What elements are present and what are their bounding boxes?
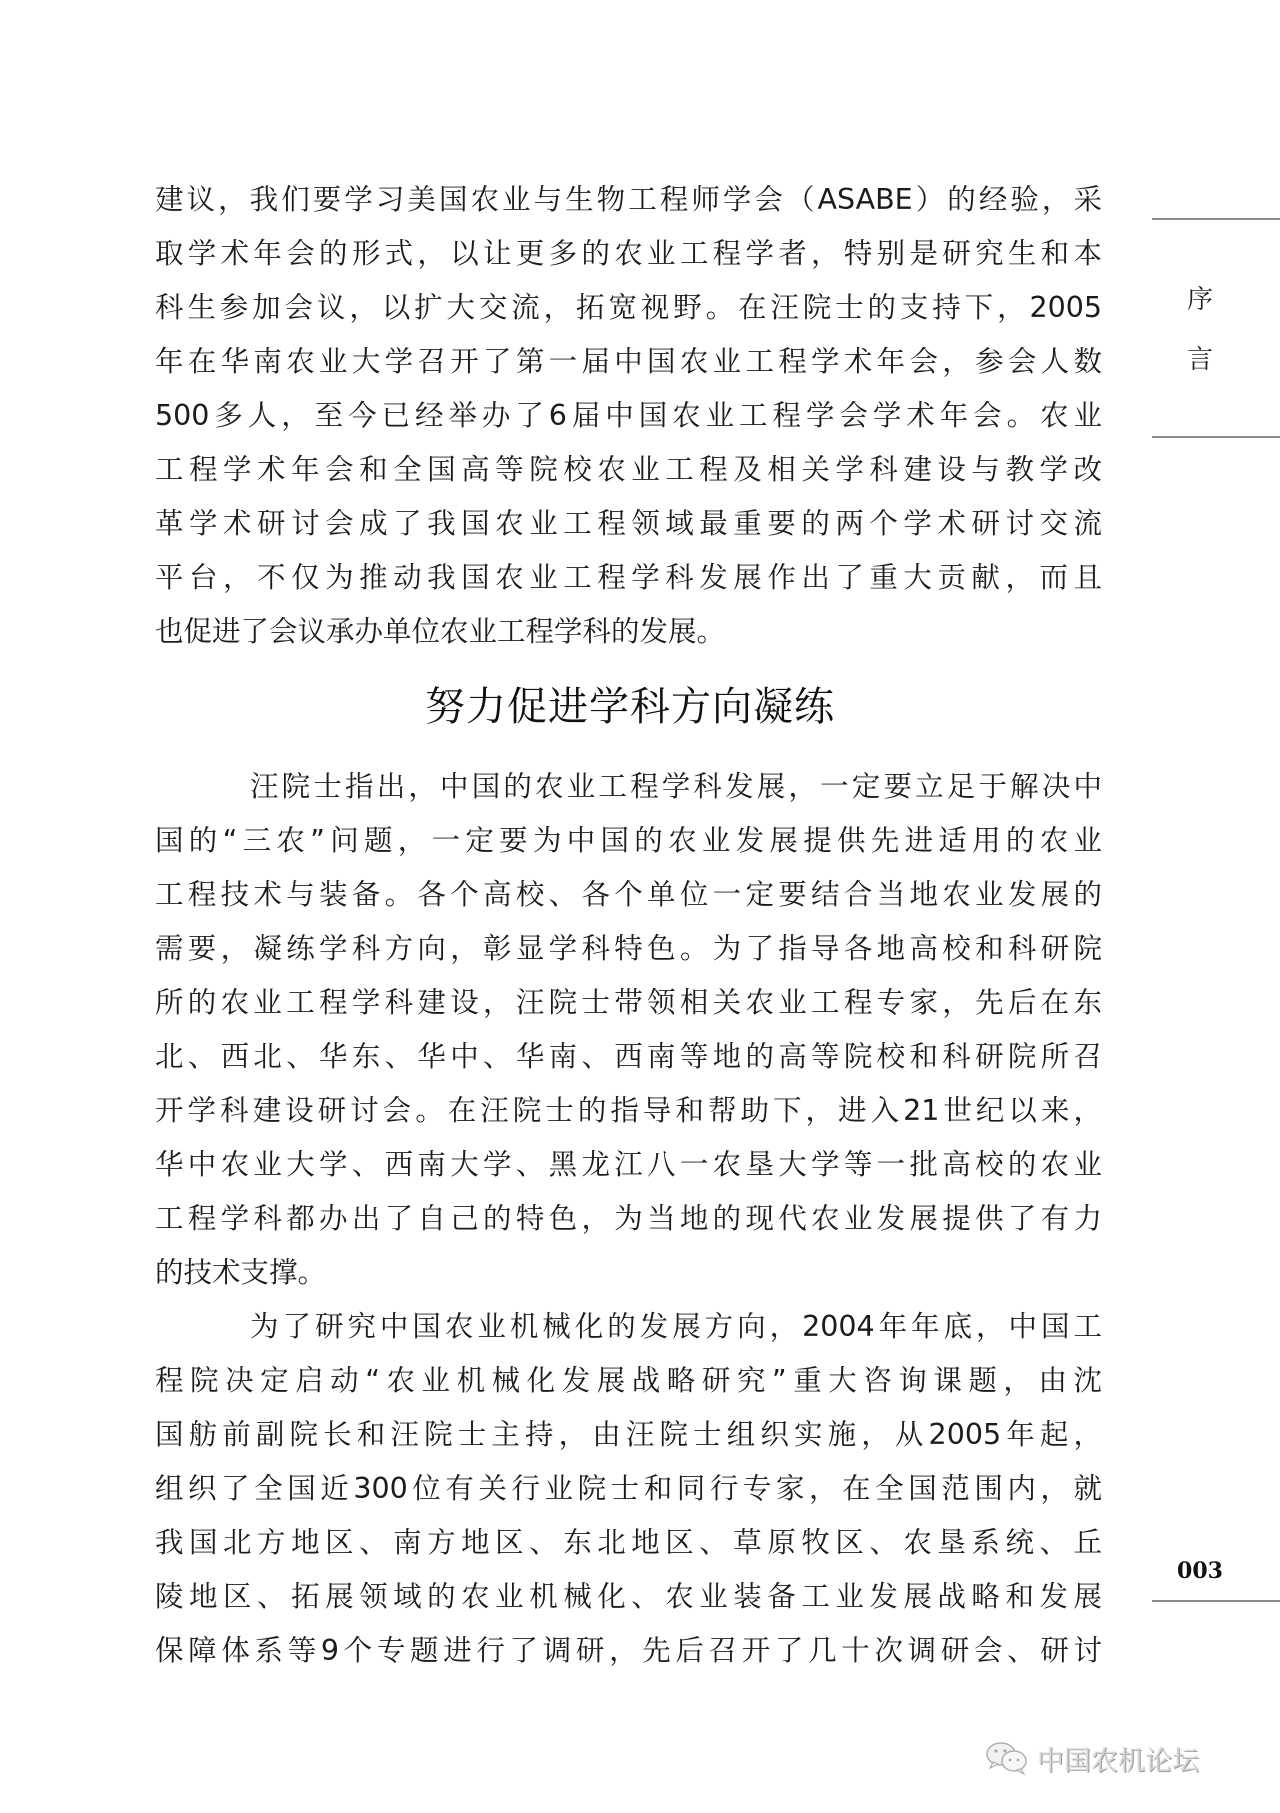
text-line: 所的农业工程学科建设，汪院士带领相关农业工程专家，先后在东 — [155, 983, 1102, 1023]
text-line: 为了研究中国农业机械化的发展方向，2004年年底，中国工 — [250, 1307, 1102, 1347]
text-line: 组织了全国近300位有关行业院士和同行专家，在全国范围内，就 — [155, 1469, 1102, 1509]
watermark: 中国农机论坛 — [985, 1738, 1199, 1778]
text-line: 的技术支撑。 — [155, 1253, 1102, 1293]
text-line: 建议，我们要学习美国农业与生物工程师学会（ASABE）的经验，采 — [155, 180, 1102, 220]
section-char-1: 序 — [1180, 284, 1220, 316]
text-line: 需要，凝练学科方向，彰显学科特色。为了指导各地高校和科研院 — [155, 929, 1102, 969]
text-line: 陵地区、拓展领域的农业机械化、农业装备工业发展战略和发展 — [155, 1577, 1102, 1617]
wechat-icon — [985, 1740, 1029, 1776]
text-line: 年在华南农业大学召开了第一届中国农业工程学术年会，参会人数 — [155, 342, 1102, 382]
watermark-text: 中国农机论坛 — [1037, 1739, 1199, 1778]
text-line: 也促进了会议承办单位农业工程学科的发展。 — [155, 612, 1102, 652]
text-line: 国舫前副院长和汪院士主持，由汪院士组织实施，从2005年起， — [155, 1415, 1102, 1455]
text-line: 平台，不仅为推动我国农业工程学科发展作出了重大贡献，而且 — [155, 558, 1102, 598]
section-char-2: 言 — [1180, 344, 1220, 376]
text-line: 工程学术年会和全国高等院校农业工程及相关学科建设与教学改 — [155, 450, 1102, 490]
text-line: 保障体系等9个专题进行了调研，先后召开了几十次调研会、研讨 — [155, 1631, 1102, 1671]
text-line: 科生参加会议，以扩大交流，拓宽视野。在汪院士的支持下，2005 — [155, 288, 1102, 328]
text-line: 北、西北、华东、华中、华南、西南等地的高等院校和科研院所召 — [155, 1037, 1102, 1077]
text-line: 国的“三农”问题，一定要为中国的农业发展提供先进适用的农业 — [155, 821, 1102, 861]
text-line: 程院决定启动“农业机械化发展战略研究”重大咨询课题，由沈 — [155, 1361, 1102, 1401]
text-line: 汪院士指出，中国的农业工程学科发展，一定要立足于解决中 — [250, 767, 1102, 807]
text-line: 工程学科都办出了自己的特色，为当地的现代农业发展提供了有力 — [155, 1199, 1102, 1239]
text-line: 开学科建设研讨会。在汪院士的指导和帮助下，进入21世纪以来， — [155, 1091, 1102, 1131]
section-heading: 努力促进学科方向凝练 — [0, 682, 1260, 732]
margin-tab-top-rule — [1152, 218, 1280, 220]
text-line: 工程技术与装备。各个高校、各个单位一定要结合当地农业发展的 — [155, 875, 1102, 915]
page-number: 003 — [1170, 1558, 1230, 1584]
page-number-rule — [1152, 1600, 1280, 1602]
text-line: 革学术研讨会成了我国农业工程领域最重要的两个学术研讨交流 — [155, 504, 1102, 544]
margin-tab-bottom-rule — [1152, 436, 1280, 438]
text-line: 华中农业大学、西南大学、黑龙江八一农垦大学等一批高校的农业 — [155, 1145, 1102, 1185]
text-line: 500多人，至今已经举办了6届中国农业工程学会学术年会。农业 — [155, 396, 1102, 436]
text-line: 我国北方地区、南方地区、东北地区、草原牧区、农垦系统、丘 — [155, 1523, 1102, 1563]
text-line: 取学术年会的形式，以让更多的农业工程学者，特别是研究生和本 — [155, 234, 1102, 274]
